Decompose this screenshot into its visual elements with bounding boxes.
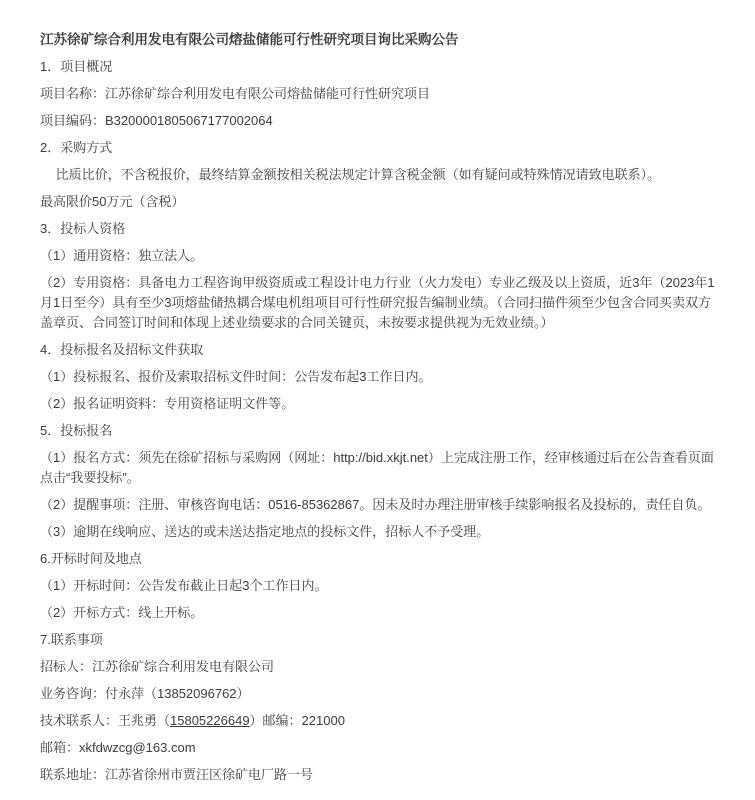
- registration-time-line: （1）投标报名、报价及索取招标文件时间：公告发布起3工作日内。: [40, 367, 715, 387]
- section-heading-bid-opening: 6.开标时间及地点: [40, 549, 715, 569]
- signup-method-line: （1）报名方式：须先在徐矿招标与采购网（网址：http://bid.xkjt.n…: [40, 448, 715, 488]
- overdue-response-line: （3）逾期在线响应、送达的或未送达指定地点的投标文件，招标人不予受理。: [40, 522, 715, 542]
- tech-contact-phone-link[interactable]: 15805226649: [170, 713, 250, 728]
- project-code-line: 项目编码：B3200001805067177002064: [40, 111, 715, 131]
- email-line: 邮箱：xkfdwzcg@163.com: [40, 738, 715, 758]
- tech-contact-suffix: ）邮编：221000: [250, 713, 345, 728]
- announcement-document: 江苏徐矿综合利用发电有限公司熔盐储能可行性研究项目询比采购公告 1．项目概况 项…: [0, 0, 755, 800]
- purchase-method-note: 比质比价，不含税报价，最终结算金额按相关税法规定计算含税金额（如有疑问或特殊情况…: [40, 165, 715, 185]
- general-qualification-line: （1）通用资格：独立法人。: [40, 246, 715, 266]
- address-line: 联系地址：江苏省徐州市贾汪区徐矿电厂路一号: [40, 765, 715, 785]
- special-qualification-line: （2）专用资格：具备电力工程咨询甲级资质或工程设计电力行业（火力发电）专业乙级及…: [40, 273, 715, 333]
- section-heading-bidder-qualification: 3．投标人资格: [40, 219, 715, 239]
- business-consult-line: 业务咨询：付永萍（13852096762）: [40, 684, 715, 704]
- bidder-line: 招标人：江苏徐矿综合利用发电有限公司: [40, 657, 715, 677]
- section-heading-registration-and-documents: 4．投标报名及招标文件获取: [40, 340, 715, 360]
- section-heading-purchase-method: 2．采购方式: [40, 138, 715, 158]
- registration-proof-line: （2）报名证明资料：专用资格证明文件等。: [40, 394, 715, 414]
- doc-title: 江苏徐矿综合利用发电有限公司熔盐储能可行性研究项目询比采购公告: [40, 30, 715, 50]
- bid-opening-time-line: （1）开标时间：公告发布截止日起3个工作日内。: [40, 576, 715, 596]
- bid-opening-method-line: （2）开标方式：线上开标。: [40, 603, 715, 623]
- section-heading-project-overview: 1．项目概况: [40, 57, 715, 77]
- price-cap-line: 最高限价50万元（含税）: [40, 192, 715, 212]
- tech-contact-line: 技术联系人：王兆勇（15805226649）邮编：221000: [40, 711, 715, 731]
- tech-contact-prefix: 技术联系人：王兆勇（: [40, 713, 170, 728]
- section-heading-contact: 7.联系事项: [40, 630, 715, 650]
- reminder-line: （2）提醒事项：注册、审核咨询电话：0516-85362867。因未及时办理注册…: [40, 495, 715, 515]
- project-name-line: 项目名称：江苏徐矿综合利用发电有限公司熔盐储能可行性研究项目: [40, 84, 715, 104]
- section-heading-bid-registration: 5．投标报名: [40, 421, 715, 441]
